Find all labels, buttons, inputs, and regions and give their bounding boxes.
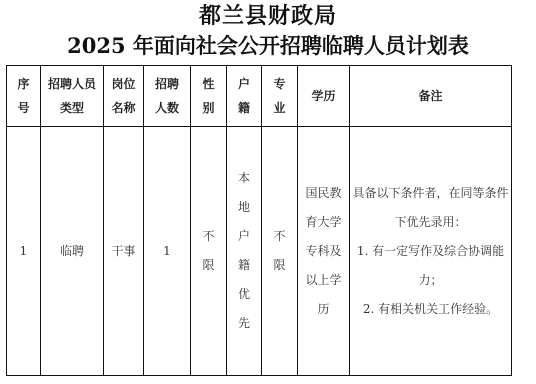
recruitment-plan-table: 序 号 招聘人员 类型 岗位 名称 招聘 人数 性 别 户 籍 — [6, 65, 512, 376]
cell-index: 1 — [7, 127, 41, 376]
header-position-line1: 岗位 — [104, 72, 143, 96]
header-index-line1: 序 — [7, 72, 40, 96]
header-row: 序 号 招聘人员 类型 岗位 名称 招聘 人数 性 别 户 籍 — [7, 66, 512, 127]
cell-gender: 不限 — [191, 127, 227, 376]
cell-recruit-type: 临聘 — [41, 127, 104, 376]
header-count: 招聘 人数 — [144, 66, 191, 127]
header-gender: 性 别 — [191, 66, 227, 127]
cell-education: 国民教育大学专科及以上学历 — [298, 127, 350, 376]
cell-hukou-text: 本地户籍优先 — [237, 164, 251, 338]
cell-education-text: 国民教育大学专科及以上学历 — [304, 179, 344, 324]
header-count-line1: 招聘 — [144, 72, 190, 96]
document-title: 都兰县财政局 — [0, 2, 536, 30]
header-gender-line2: 别 — [191, 96, 226, 120]
header-major: 专 业 — [262, 66, 298, 127]
header-education: 学历 — [298, 66, 350, 127]
cell-remarks: 具备以下条件者，在同等条件下优先录用： 1. 有一定写作及综合协调能力； 2. … — [350, 127, 512, 376]
header-major-line1: 专 — [262, 72, 297, 96]
header-position-line2: 名称 — [104, 96, 143, 120]
cell-major-text: 不限 — [273, 222, 287, 280]
header-hukou: 户 籍 — [227, 66, 262, 127]
remarks-item-1: 1. 有一定写作及综合协调能力； — [350, 237, 511, 295]
header-index: 序 号 — [7, 66, 41, 127]
cell-hukou: 本地户籍优先 — [227, 127, 262, 376]
header-count-line2: 人数 — [144, 96, 190, 120]
header-recruit-type-line2: 类型 — [41, 96, 103, 120]
table-row: 1 临聘 干事 1 不限 本地户籍优先 不限 国民教育大学专科及以上学历 具备以… — [7, 127, 512, 376]
cell-major: 不限 — [262, 127, 298, 376]
header-recruit-type-line1: 招聘人员 — [41, 72, 103, 96]
header-position: 岗位 名称 — [104, 66, 144, 127]
cell-position: 干事 — [104, 127, 144, 376]
header-index-line2: 号 — [7, 96, 40, 120]
header-remarks: 备注 — [350, 66, 512, 127]
remarks-item-2: 2. 有相关机关工作经验。 — [350, 295, 511, 324]
document-subtitle: 2025 年面向社会公开招聘临聘人员计划表 — [0, 32, 536, 60]
header-hukou-line1: 户 — [227, 72, 261, 96]
header-major-line2: 业 — [262, 96, 297, 120]
header-hukou-line2: 籍 — [227, 96, 261, 120]
cell-count: 1 — [144, 127, 191, 376]
cell-gender-text: 不限 — [202, 222, 216, 280]
remarks-intro: 具备以下条件者，在同等条件下优先录用： — [350, 179, 511, 237]
header-recruit-type: 招聘人员 类型 — [41, 66, 104, 127]
header-gender-line1: 性 — [191, 72, 226, 96]
